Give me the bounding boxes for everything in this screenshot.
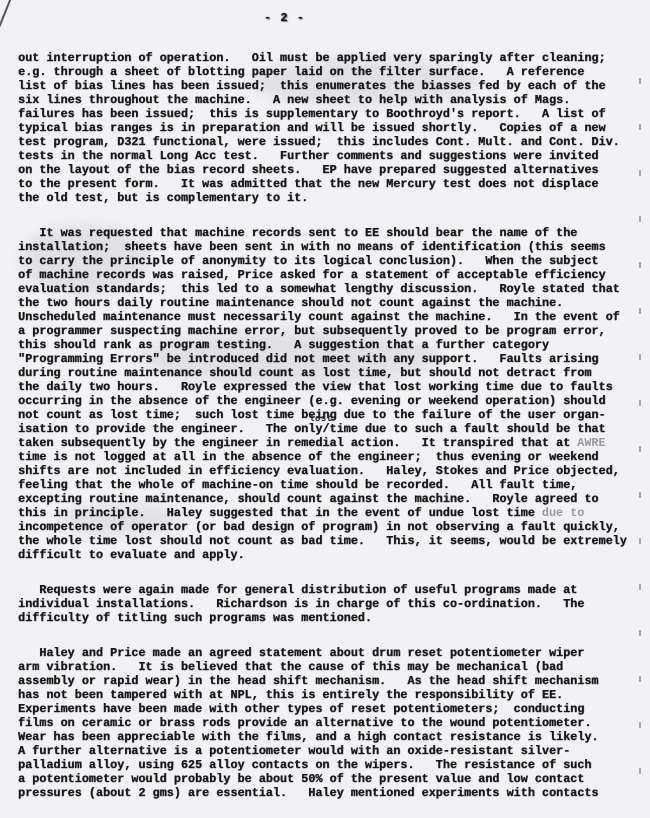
text-line: occurring in the absence of the engineer… [18,394,640,408]
text-line: "Programming Errors" be introduced did n… [18,352,640,366]
corner-fold-mark [0,0,12,30]
scanned-page: - 2 - out interruption of operation. Oil… [0,0,650,818]
text-line: installation; sheets have been sent in w… [18,240,640,254]
text-line: palladium alloy, using 625 alloy contact… [18,758,640,772]
text-line: list of bias lines has been issued; this… [18,79,640,93]
paragraph: Requests were again made for general dis… [18,583,640,625]
text-line: individual installations. Richardson is … [18,597,640,611]
text-line: arm vibration. It is believed that the c… [18,660,640,674]
text-line: difficulty of titling such programs was … [18,611,640,625]
text-line: this in principle. Haley suggested that … [18,506,640,520]
text-line: A further alternative is a potentiometer… [18,744,640,758]
text-line: evaluation standards; this led to a some… [18,282,640,296]
text-line: It was requested that machine records se… [18,226,640,240]
text-line: films on ceramic or brass rods provide a… [18,716,640,730]
text-line: to the present form. It was admitted tha… [18,177,640,191]
text-line: six lines throughout the machine. A new … [18,93,640,107]
text-line: on the layout of the bias record sheets.… [18,163,640,177]
text-line: out interruption of operation. Oil must … [18,51,640,65]
text-line: pressures (about 2 gms) are essential. H… [18,786,640,800]
text-line: Unscheduled maintenance must necessarily… [18,310,640,324]
paragraph: It was requested that machine records se… [18,226,640,562]
text-line: tests in the normal Long Acc test. Furth… [18,149,640,163]
text-line: of machine records was raised, Price ask… [18,268,640,282]
document-body: out interruption of operation. Oil must … [18,51,640,800]
text-line: to carry the principle of anonymity to i… [18,254,640,268]
text-line: Experiments have been made with other ty… [18,702,640,716]
text-line: the old test, but is complementary to it… [18,191,640,205]
text-line: shifts are not included in efficiency ev… [18,464,640,478]
paragraph: Haley and Price made an agreed statement… [18,646,640,800]
text-line: Haley and Price made an agreed statement… [18,646,640,660]
text-line: typical bias ranges is in preparation an… [18,121,640,135]
page-number: - 2 - [264,11,305,25]
text-line: the two hours daily routine maintenance … [18,296,640,310]
text-line: time is not logged at all in the absence… [18,450,640,464]
text-line: isation to provide the engineer. The onl… [18,422,640,436]
text-line: excepting routine maintenance, should co… [18,492,640,506]
text-line: a programmer suspecting machine error, b… [18,324,640,338]
text-line: incompetence of operator (or bad design … [18,520,640,534]
text-line: difficult to evaluate and apply. [18,548,640,562]
faint-text: AWRE [577,436,605,450]
text-line: a potentiometer would probably be about … [18,772,640,786]
text-line: test program, D321 functional, were issu… [18,135,640,149]
text-line: has not been tampered with at NPL, this … [18,688,640,702]
text-line: the daily two hours. Royle expressed the… [18,380,640,394]
text-line: assembly or rapid wear) in the head shif… [18,674,640,688]
text-line: Wear has been appreciable with the films… [18,730,640,744]
text-line: during routine maintenance should count … [18,366,640,380]
text-line: the whole time lost should not count as … [18,534,640,548]
paragraph: out interruption of operation. Oil must … [18,51,640,205]
text-line: this should rank as program testing. A s… [18,338,640,352]
text-line: taken subsequently by the engineer in re… [18,436,640,450]
handwritten-insertion: lost [309,415,333,424]
text-line: feeling that the whole of machine-on tim… [18,478,640,492]
text-line: Requests were again made for general dis… [18,583,640,597]
faint-text: due to [542,506,584,520]
text-line: failures has been issued; this is supple… [18,107,640,121]
text-line: e.g. through a sheet of blotting paper l… [18,65,640,79]
